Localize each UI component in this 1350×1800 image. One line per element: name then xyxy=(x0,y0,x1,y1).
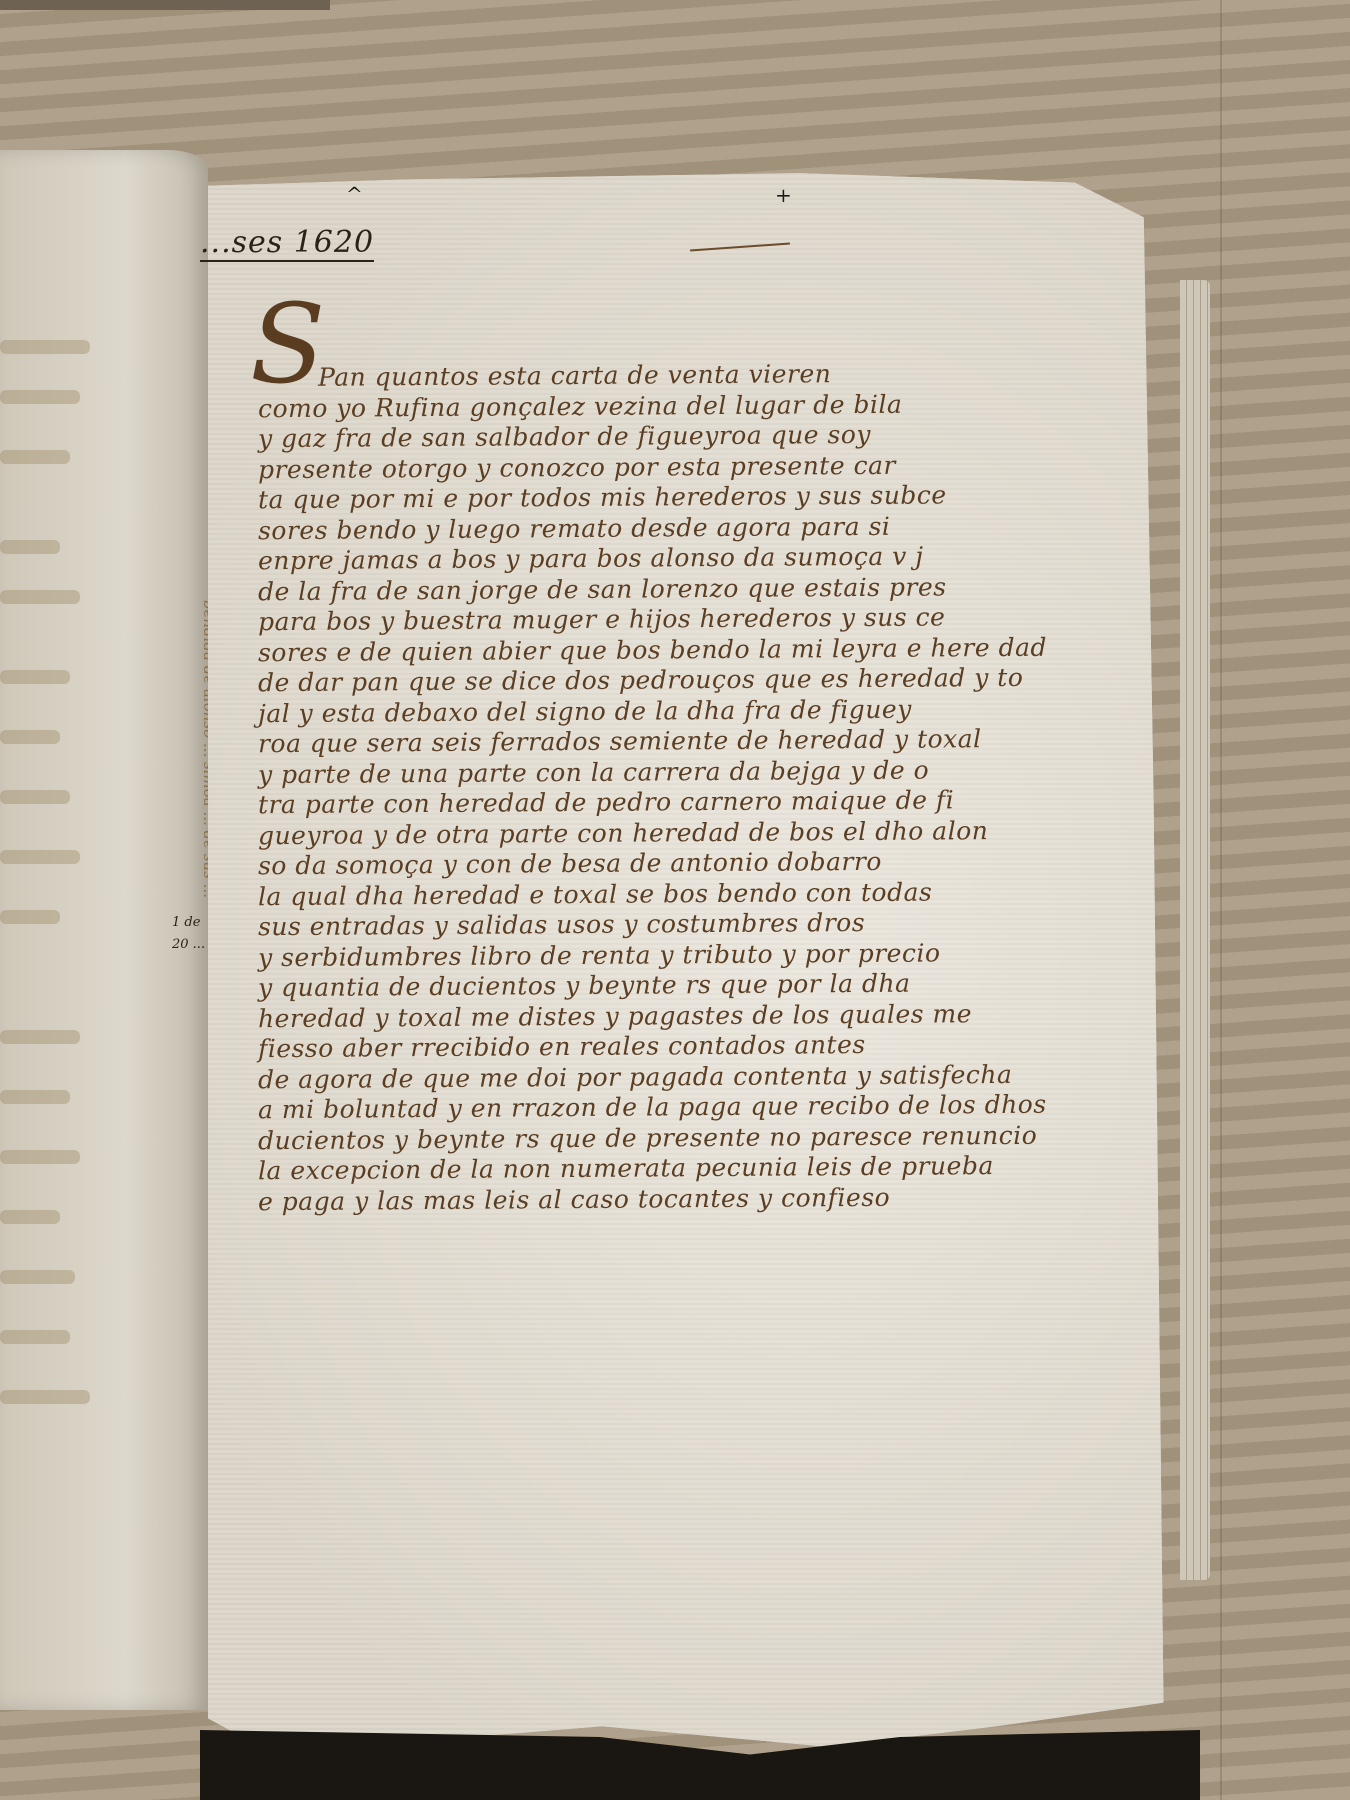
bleed-through-ink xyxy=(0,540,60,554)
bleed-through-ink xyxy=(0,910,60,924)
inner-margin-line: 20 ... xyxy=(172,934,205,956)
bleed-through-ink xyxy=(0,1210,60,1224)
bleed-through-ink xyxy=(0,1150,80,1164)
bleed-through-ink xyxy=(0,1090,70,1104)
bleed-through-ink xyxy=(0,450,70,464)
inner-margin-annotation: 1 de 20 ... xyxy=(172,912,205,956)
page-stack-edge xyxy=(1180,280,1210,1580)
bleed-through-ink xyxy=(0,850,80,864)
folio-header: ...ses 1620 xyxy=(200,225,374,262)
bleed-through-ink xyxy=(0,340,90,354)
bleed-through-ink xyxy=(0,1030,80,1044)
bleed-through-ink xyxy=(0,790,70,804)
top-mark-caret: ^ xyxy=(346,182,363,206)
bleed-through-ink xyxy=(0,670,70,684)
bleed-through-ink xyxy=(0,730,60,744)
bleed-through-ink xyxy=(0,590,80,604)
background-shadow xyxy=(0,0,330,10)
text-line: e paga y las mas leis al caso tocantes y… xyxy=(258,1180,1178,1217)
bottom-shadow xyxy=(200,1730,1200,1800)
bleed-through-ink xyxy=(0,1270,75,1284)
manuscript-text-body: Pan quantos esta carta de venta vieren c… xyxy=(258,360,1178,1214)
top-mark-cross: + xyxy=(775,183,792,207)
inner-margin-line: 1 de xyxy=(172,912,205,934)
bleed-through-ink xyxy=(0,390,80,404)
bleed-through-ink xyxy=(0,1330,70,1344)
cardboard-seam xyxy=(1220,0,1222,1800)
bleed-through-ink xyxy=(0,1390,90,1404)
